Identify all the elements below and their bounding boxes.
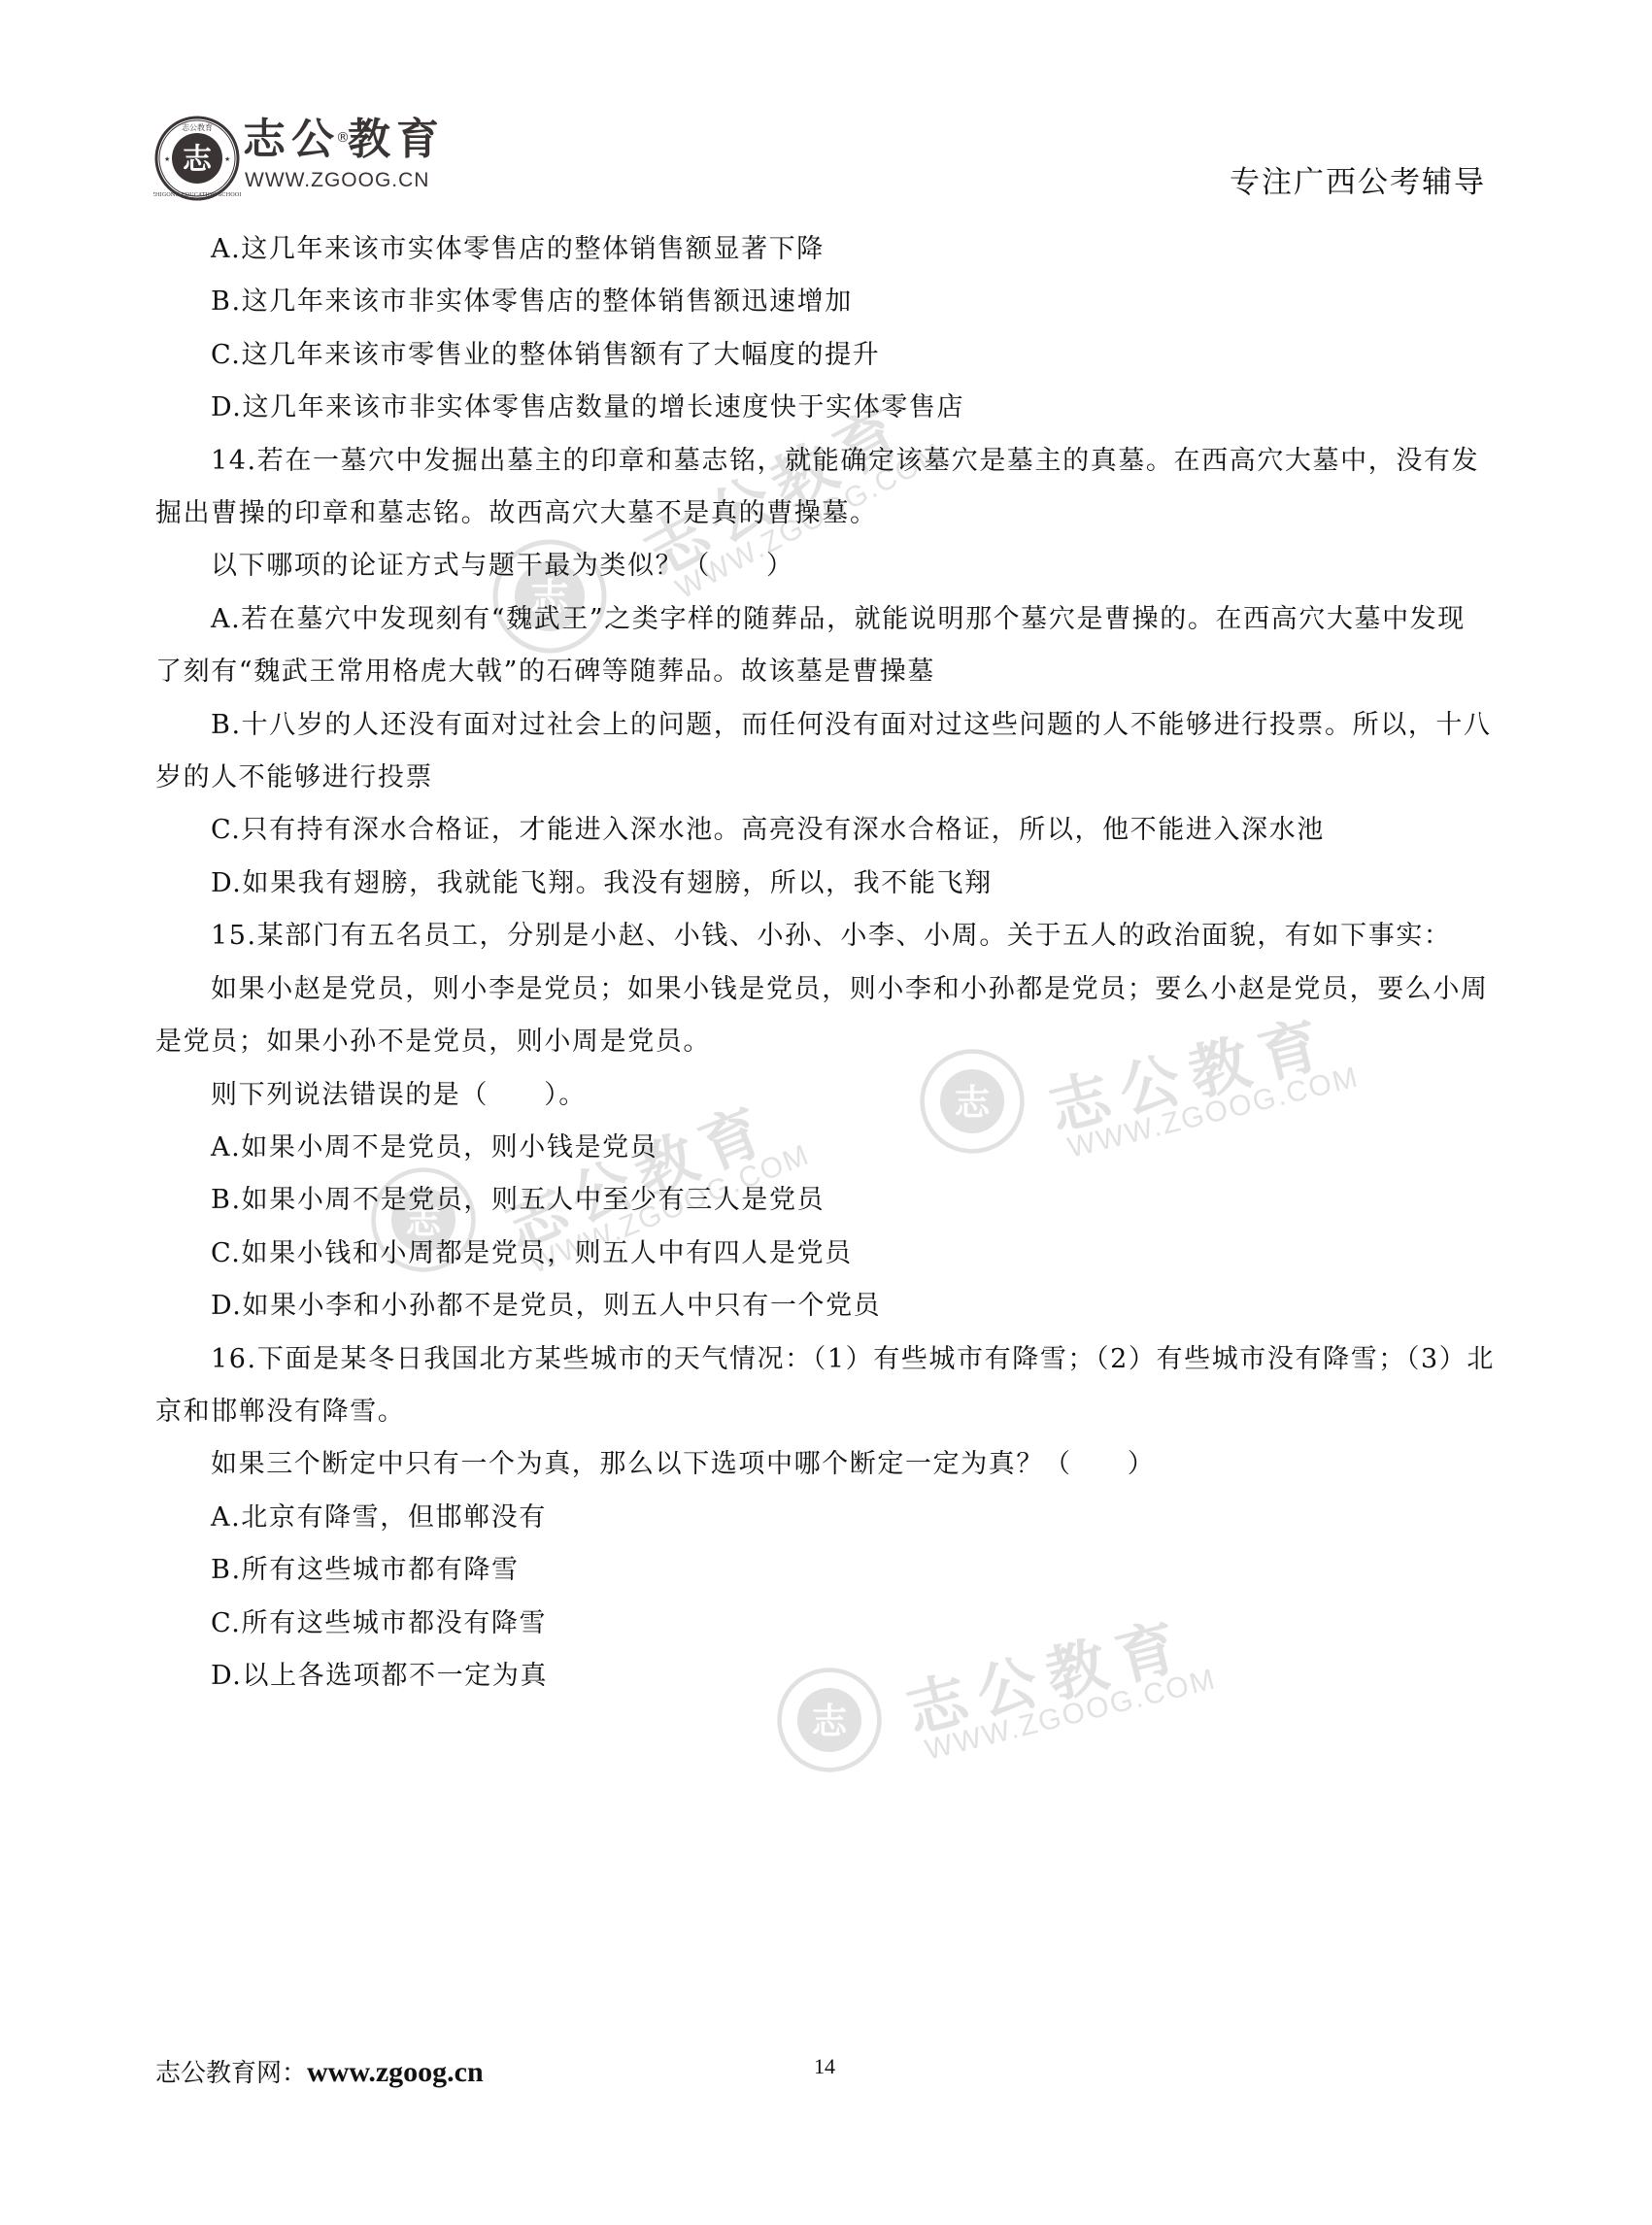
text-line: 京和邯郸没有降雪。: [155, 1386, 1505, 1438]
text-line: 以下哪项的论证方式与题干最为类似？（ ）: [155, 540, 1505, 592]
footer-url[interactable]: www.zgoog.cn: [307, 2056, 484, 2088]
document-body: A.这几年来该市实体零售店的整体销售额显著下降B.这几年来该市非实体零售店的整体…: [155, 223, 1505, 1702]
text-line: D.如果我有翅膀，我就能飞翔。我没有翅膀，所以，我不能飞翔: [155, 858, 1505, 910]
text-line: B.十八岁的人还没有面对过社会上的问题，而任何没有面对过这些问题的人不能够进行投…: [155, 699, 1505, 752]
svg-text:★: ★: [164, 155, 170, 163]
text-line: D.这几年来该市非实体零售店数量的增长速度快于实体零售店: [155, 382, 1505, 434]
text-line: 如果三个断定中只有一个为真，那么以下选项中哪个断定一定为真？（ ）: [155, 1438, 1505, 1491]
text-line: B.这几年来该市非实体零售店的整体销售额迅速增加: [155, 276, 1505, 328]
text-line: 如果小赵是党员，则小李是党员；如果小钱是党员，则小李和小孙都是党员；要么小赵是党…: [155, 963, 1505, 1016]
text-line: 岁的人不能够进行投票: [155, 752, 1505, 804]
text-line: B.如果小周不是党员，则五人中至少有三人是党员: [155, 1174, 1505, 1227]
text-line: 则下列说法错误的是（ ）。: [155, 1069, 1505, 1122]
text-line: 16.下面是某冬日我国北方某些城市的天气情况：（1）有些城市有降雪；（2）有些城…: [155, 1333, 1505, 1386]
text-line: A.若在墓穴中发现刻有“魏武王”之类字样的随葬品，就能说明那个墓穴是曹操的。在西…: [155, 593, 1505, 646]
header-tagline: 专注广西公考辅导: [1230, 163, 1486, 202]
text-line: B.所有这些城市都有降雪: [155, 1544, 1505, 1597]
document-page: 志 志公教育 ZHIGONG EDUCATION SCHOOL ★ ★ 志公®教…: [0, 0, 1652, 2225]
text-line: D.以上各选项都不一定为真: [155, 1650, 1505, 1702]
brand-url: WWW.ZGOOG.CN: [245, 169, 429, 192]
svg-text:★: ★: [224, 155, 230, 163]
text-line: D.如果小李和小孙都不是党员，则五人中只有一个党员: [155, 1280, 1505, 1332]
svg-text:志: 志: [812, 1701, 849, 1742]
brand-name: 志公®教育: [243, 115, 445, 165]
text-line: 了刻有“魏武王常用格虎大戟”的石碑等随葬品。故该墓是曹操墓: [155, 646, 1505, 698]
footer-website: 志公教育网：www.zgoog.cn: [155, 2055, 484, 2091]
text-line: 是党员；如果小孙不是党员，则小周是党员。: [155, 1016, 1505, 1068]
text-line: A.如果小周不是党员，则小钱是党员: [155, 1122, 1505, 1174]
text-line: C.这几年来该市零售业的整体销售额有了大幅度的提升: [155, 329, 1505, 382]
text-line: C.所有这些城市都没有降雪: [155, 1598, 1505, 1650]
page-number: 14: [814, 2053, 835, 2080]
svg-text:ZHIGONG EDUCATION SCHOOL: ZHIGONG EDUCATION SCHOOL: [153, 192, 241, 198]
text-line: C.如果小钱和小周都是党员，则五人中有四人是党员: [155, 1228, 1505, 1280]
text-line: C.只有持有深水合格证，才能进入深水池。高亮没有深水合格证，所以，他不能进入深水…: [155, 804, 1505, 857]
text-line: A.这几年来该市实体零售店的整体销售额显著下降: [155, 223, 1505, 276]
text-line: 14.若在一墓穴中发掘出墓主的印章和墓志铭，就能确定该墓穴是墓主的真墓。在西高穴…: [155, 435, 1505, 488]
text-line: A.北京有降雪，但邯郸没有: [155, 1492, 1505, 1544]
logo-emblem-icon: 志 志公教育 ZHIGONG EDUCATION SCHOOL ★ ★: [153, 115, 241, 202]
svg-text:志公教育: 志公教育: [182, 122, 213, 132]
svg-text:志: 志: [183, 143, 213, 177]
text-line: 15.某部门有五名员工，分别是小赵、小钱、小孙、小李、小周。关于五人的政治面貌，…: [155, 910, 1505, 962]
text-line: 掘出曹操的印章和墓志铭。故西高穴大墓不是真的曹操墓。: [155, 488, 1505, 540]
